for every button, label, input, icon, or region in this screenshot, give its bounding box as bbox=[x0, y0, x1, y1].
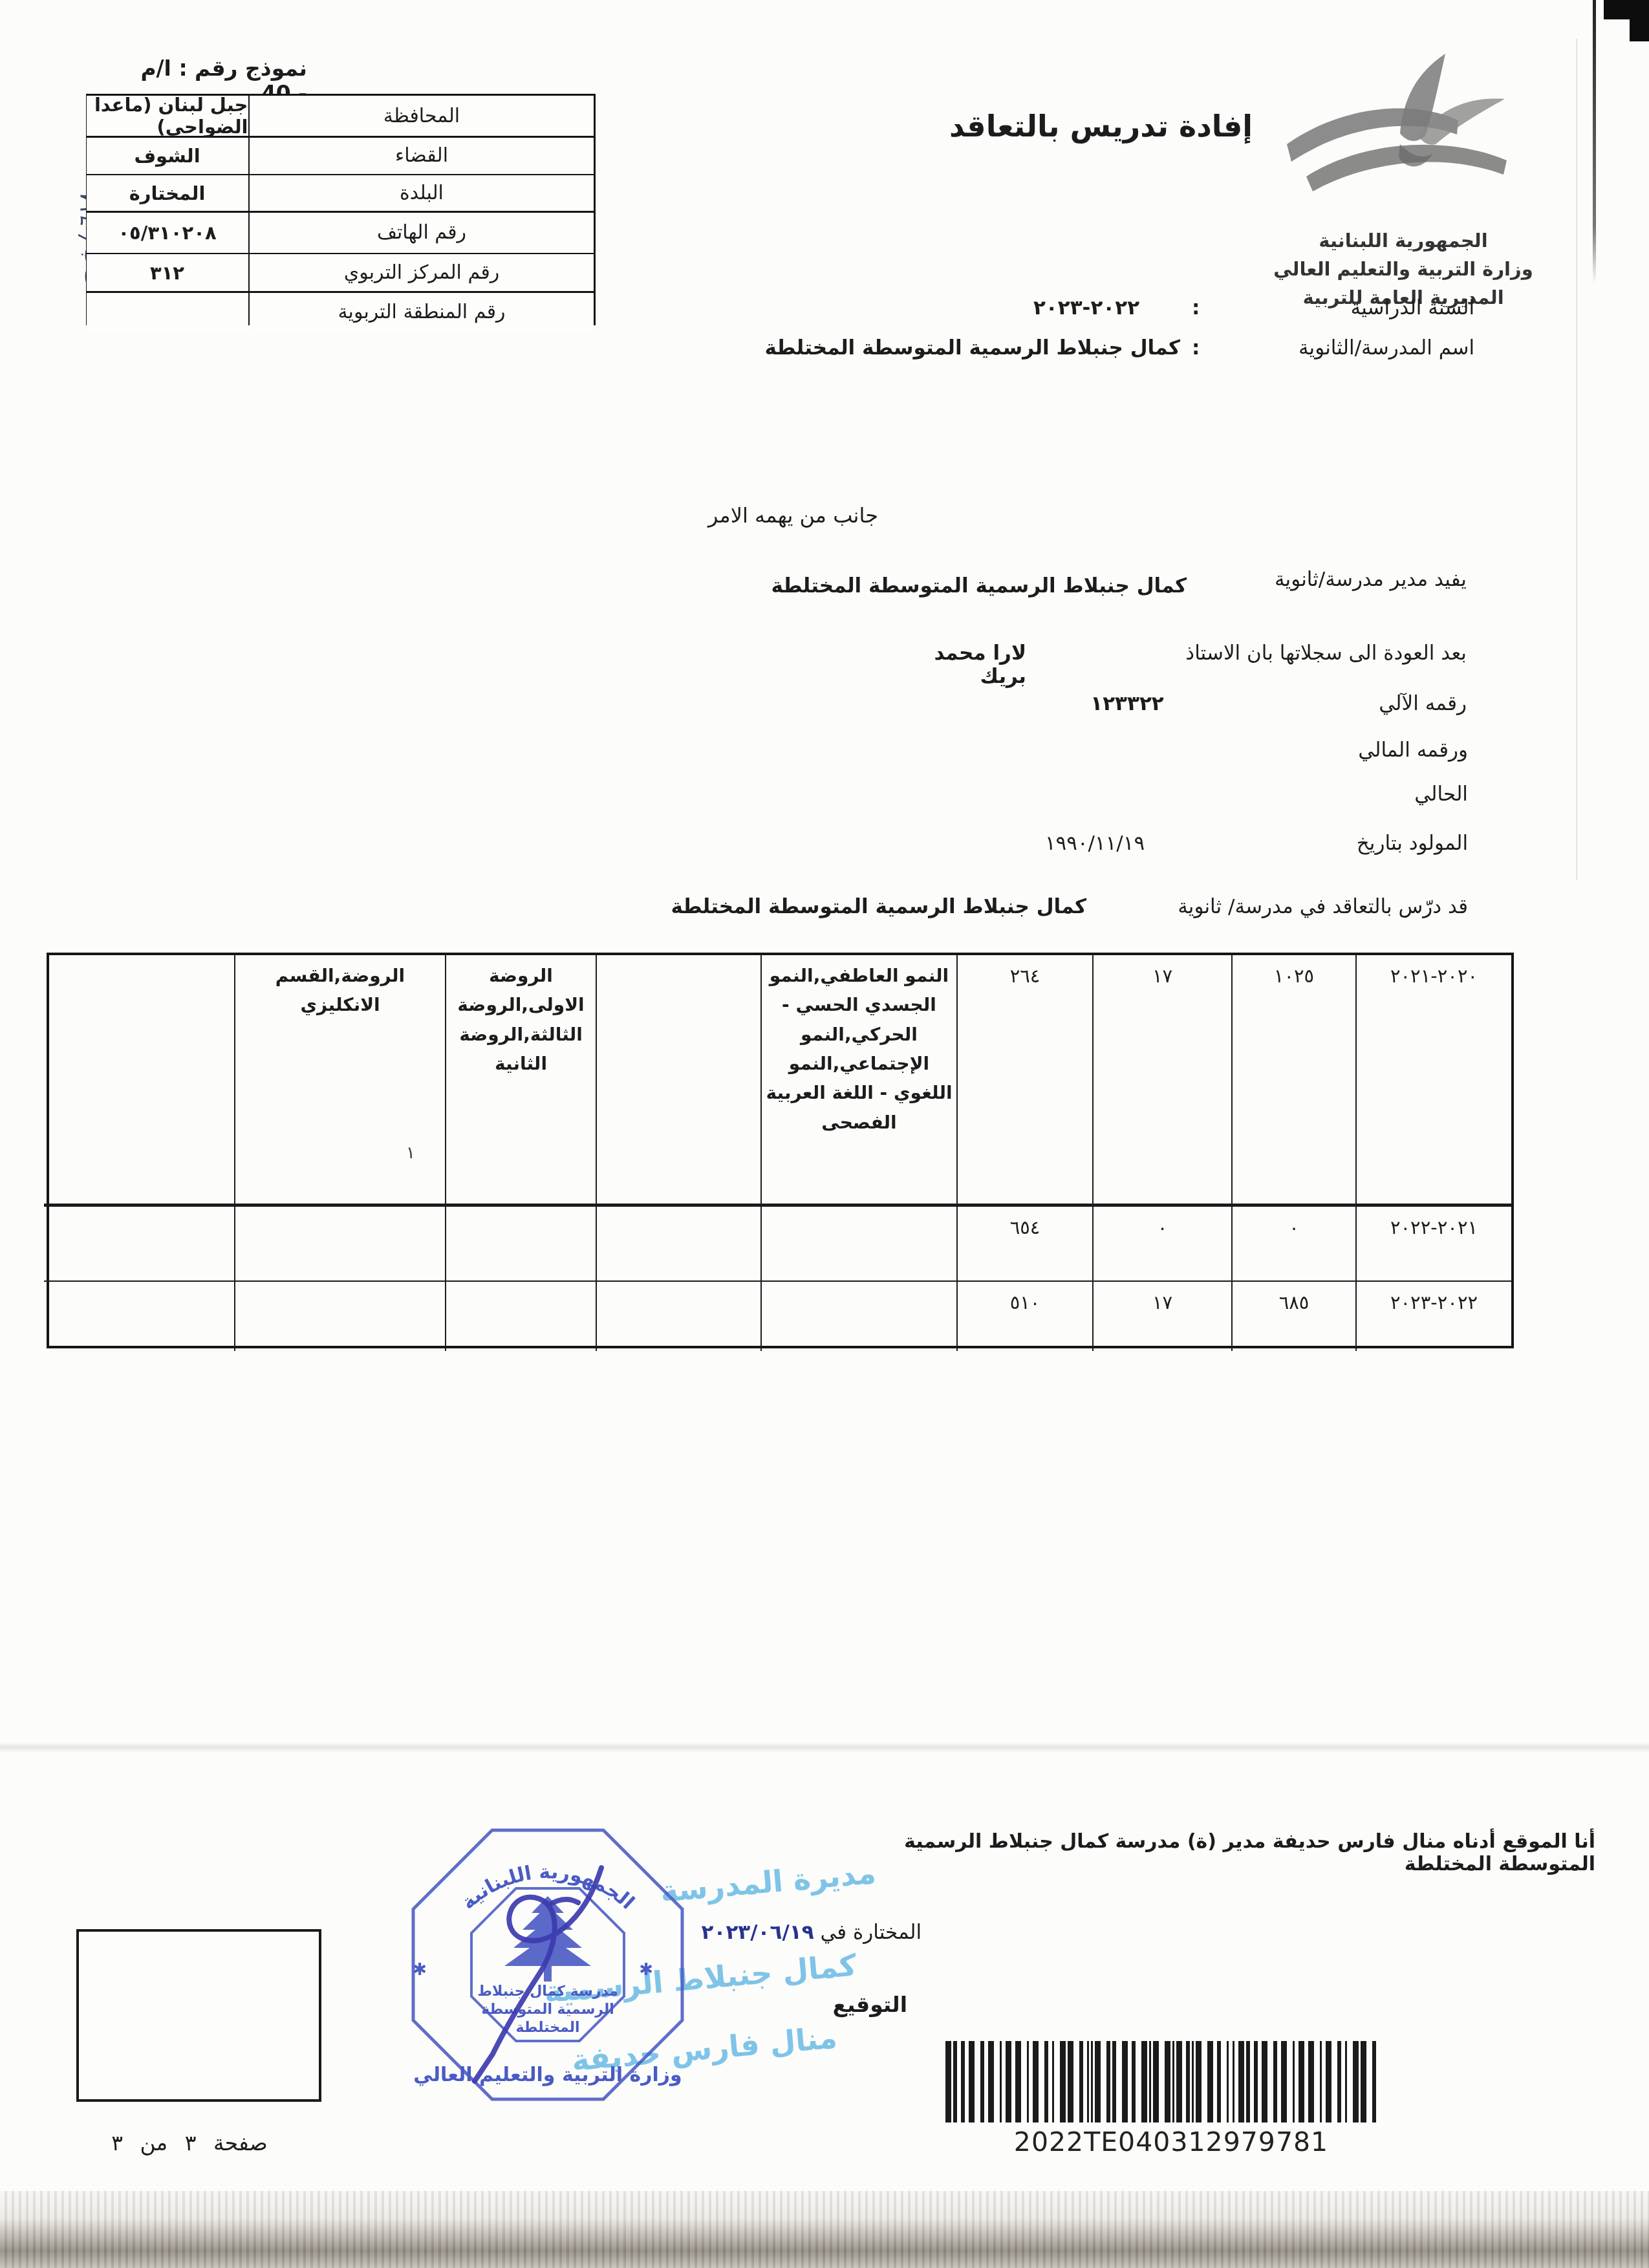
school-year-value: ٢٠٢٢-٢٠٢٣ bbox=[1006, 296, 1167, 319]
info-label-center-number: رقم المركز التربوي bbox=[250, 254, 594, 291]
birth-date-value: ١٩٩٠/١١/١٩ bbox=[1001, 832, 1189, 855]
location-info-table: المحافظة جبل لبنان (ماعدا الضواحي) القضا… bbox=[86, 94, 596, 325]
record-cell-year-2: ٢٠٢١-٢٠٢٢ bbox=[1355, 1207, 1511, 1282]
info-value-phone: ٠٥/٣١٠٢٠٨ bbox=[87, 213, 248, 253]
record-cell-22 bbox=[760, 1282, 956, 1351]
school-name-value: كمال جنبلاط الرسمية المتوسطة المختلطة bbox=[656, 336, 1180, 360]
official-octagon-stamp: الجمهورية اللبنانية وزارة التربية والتعل… bbox=[396, 1802, 700, 2128]
record-cell-12: ٦٥٤ bbox=[956, 1207, 1092, 1282]
info-label-district: القضاء bbox=[250, 138, 594, 174]
record-cell-1: ١٠٢٥ bbox=[1231, 955, 1355, 1207]
taught-school-value: كمال جنبلاط الرسمية المتوسطة المختلطة bbox=[698, 895, 1086, 918]
financial-number-label: ورقمه المالي bbox=[1342, 739, 1468, 762]
record-cell-14 bbox=[596, 1207, 760, 1282]
certifies-school-value: كمال جنبلاط الرسمية المتوسطة المختلطة bbox=[760, 568, 1187, 605]
info-value-center-number: ٣١٢ bbox=[87, 254, 248, 291]
info-value-governorate: جبل لبنان (ماعدا الضواحي) bbox=[87, 96, 248, 136]
auto-number-label: رقمه الآلي bbox=[1344, 692, 1467, 715]
scan-corner-artifact-2 bbox=[1630, 0, 1649, 41]
handwritten-signature bbox=[475, 1868, 601, 2081]
birth-date-label: المولود بتاريخ bbox=[1311, 832, 1468, 855]
scan-edge-line bbox=[1593, 0, 1596, 283]
record-cell-16 bbox=[234, 1207, 445, 1282]
record-cell-10: ٠ bbox=[1231, 1207, 1355, 1282]
barcode-number: 2022TE040312979781 bbox=[945, 2126, 1397, 2157]
info-label-educational-zone: رقم المنطقة التربوية bbox=[250, 293, 594, 332]
empty-photo-box bbox=[76, 1929, 321, 2102]
record-cell-23 bbox=[596, 1282, 760, 1351]
stamp-inner-line-1: مدرسة كمال جنبلاط bbox=[477, 1983, 618, 2000]
scan-edge-faint-line bbox=[1576, 39, 1577, 880]
ministry-book-logo-icon bbox=[1251, 38, 1555, 228]
barcode bbox=[945, 2041, 1397, 2122]
scanned-document-page: نموذج رقم : ا/م - 40 ٦١٨ / خ.ج المحافظة … bbox=[0, 0, 1649, 2268]
director-declaration-line: أنا الموقع أدناه منال فارس حديفة مدير (ة… bbox=[889, 1830, 1595, 1875]
record-cell-3: ٢٦٤ bbox=[956, 955, 1092, 1207]
scan-bottom-band bbox=[0, 2191, 1649, 2268]
auto-number-value: ١٢٣٣٢٢ bbox=[1066, 692, 1189, 715]
record-cell-24 bbox=[445, 1282, 596, 1351]
place-date-line: المختارة في ٢٠٢٣/٠٦/١٩ bbox=[656, 1921, 921, 1944]
record-cell-8 bbox=[44, 955, 234, 1207]
teaching-records-table: ٢٠٢٠-٢٠٢١ ١٠٢٥ ١٧ ٢٦٤ النمو العاطفي,النم… bbox=[47, 953, 1514, 1348]
certifies-label: يفيد مدير مدرسة/ثانوية bbox=[1208, 568, 1467, 591]
record-cell-year-1: ٢٠٢٠-٢٠٢١ bbox=[1355, 955, 1511, 1207]
record-cell-year-3: ٢٠٢٢-٢٠٢٣ bbox=[1355, 1282, 1511, 1351]
school-year-label: السنة الدراسية bbox=[1284, 296, 1474, 319]
scan-fold-band bbox=[0, 1742, 1649, 1753]
handwritten-mark: ١ bbox=[406, 1143, 415, 1163]
school-name-colon: : bbox=[1192, 336, 1200, 360]
signature-label: التوقيع bbox=[801, 1992, 907, 2017]
taught-label: قد درّس بالتعاقد في مدرسة/ ثانوية bbox=[1092, 895, 1468, 918]
place-date-value: ٢٠٢٣/٠٦/١٩ bbox=[702, 1921, 814, 1944]
ministry-line-ministry: وزارة التربية والتعليم العالي bbox=[1267, 255, 1539, 283]
ministry-line-republic: الجمهورية اللبنانية bbox=[1267, 226, 1539, 255]
record-cell-subjects-1: النمو العاطفي,النمو الجسدي الحسي - الحرك… bbox=[760, 955, 956, 1207]
place-date-label: المختارة في bbox=[820, 1921, 921, 1944]
info-value-town: المختارة bbox=[87, 175, 248, 211]
record-cell-15 bbox=[445, 1207, 596, 1282]
teacher-name: لارا محمد بريك bbox=[887, 642, 1026, 688]
info-label-phone: رقم الهاتف bbox=[250, 213, 594, 253]
record-cell-2: ١٧ bbox=[1092, 955, 1231, 1207]
record-cell-19: ٦٨٥ bbox=[1231, 1282, 1355, 1351]
info-label-town: البلدة bbox=[250, 175, 594, 211]
stamp-inner-line-3: المختلطة bbox=[515, 2020, 579, 2036]
info-value-educational-zone bbox=[87, 293, 248, 332]
record-cell-classes-1: الروضة الاولى,الروضة الثالثة,الروضة الثا… bbox=[445, 955, 596, 1207]
info-value-district: الشوف bbox=[87, 138, 248, 174]
record-cell-21: ٥١٠ bbox=[956, 1282, 1092, 1351]
financial-number-label-2: الحالي bbox=[1397, 783, 1468, 806]
school-year-colon: : bbox=[1192, 296, 1200, 319]
info-label-governorate: المحافظة bbox=[250, 96, 594, 136]
school-name-label: اسم المدرسة/الثانوية bbox=[1251, 336, 1474, 360]
document-title: إفادة تدريس بالتعاقد bbox=[925, 109, 1277, 144]
stamp-inner-line-2: الرسمية المتوسطة bbox=[481, 2002, 614, 2018]
stamp-bottom-text: وزارة التربية والتعليم العالي bbox=[413, 2064, 682, 2086]
record-cell-20: ١٧ bbox=[1092, 1282, 1231, 1351]
stamp-star-left-icon: ✱ bbox=[413, 1960, 427, 1980]
record-cell-26 bbox=[44, 1282, 234, 1351]
record-cell-13 bbox=[760, 1207, 956, 1282]
page-number-footer: صفحة ٣ من ٣ bbox=[96, 2130, 283, 2155]
record-cell-sections-1: الروضة,القسم الانكليزي bbox=[234, 955, 445, 1207]
records-reference-label: بعد العودة الى سجلاتها بان الاستاذ bbox=[1033, 642, 1467, 665]
record-cell-17 bbox=[44, 1207, 234, 1282]
salutation-line: جانب من يهمه الامر bbox=[697, 503, 878, 528]
stamp-star-right-icon: ✱ bbox=[639, 1960, 653, 1980]
record-cell-25 bbox=[234, 1282, 445, 1351]
record-cell-5 bbox=[596, 955, 760, 1207]
record-cell-11: ٠ bbox=[1092, 1207, 1231, 1282]
